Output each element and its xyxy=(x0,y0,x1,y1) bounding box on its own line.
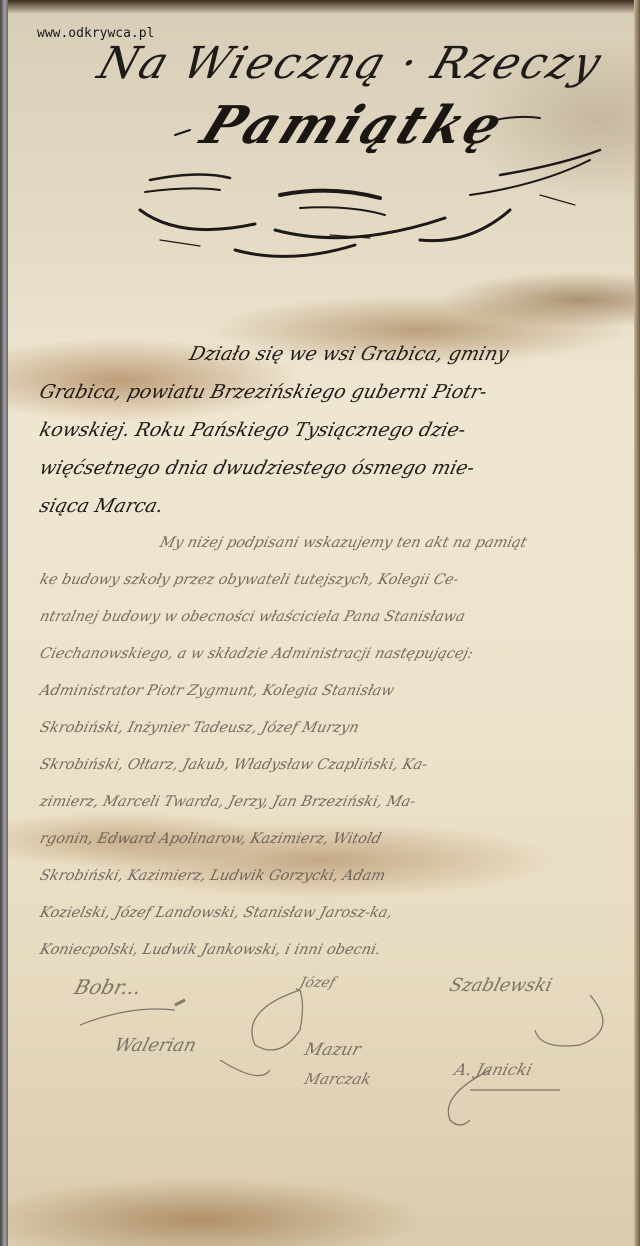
signature-flourish-icon xyxy=(0,0,640,1246)
document-photo: www.odkrywca.pl Na Wieczną · Rzeczy Pami… xyxy=(0,0,640,1246)
